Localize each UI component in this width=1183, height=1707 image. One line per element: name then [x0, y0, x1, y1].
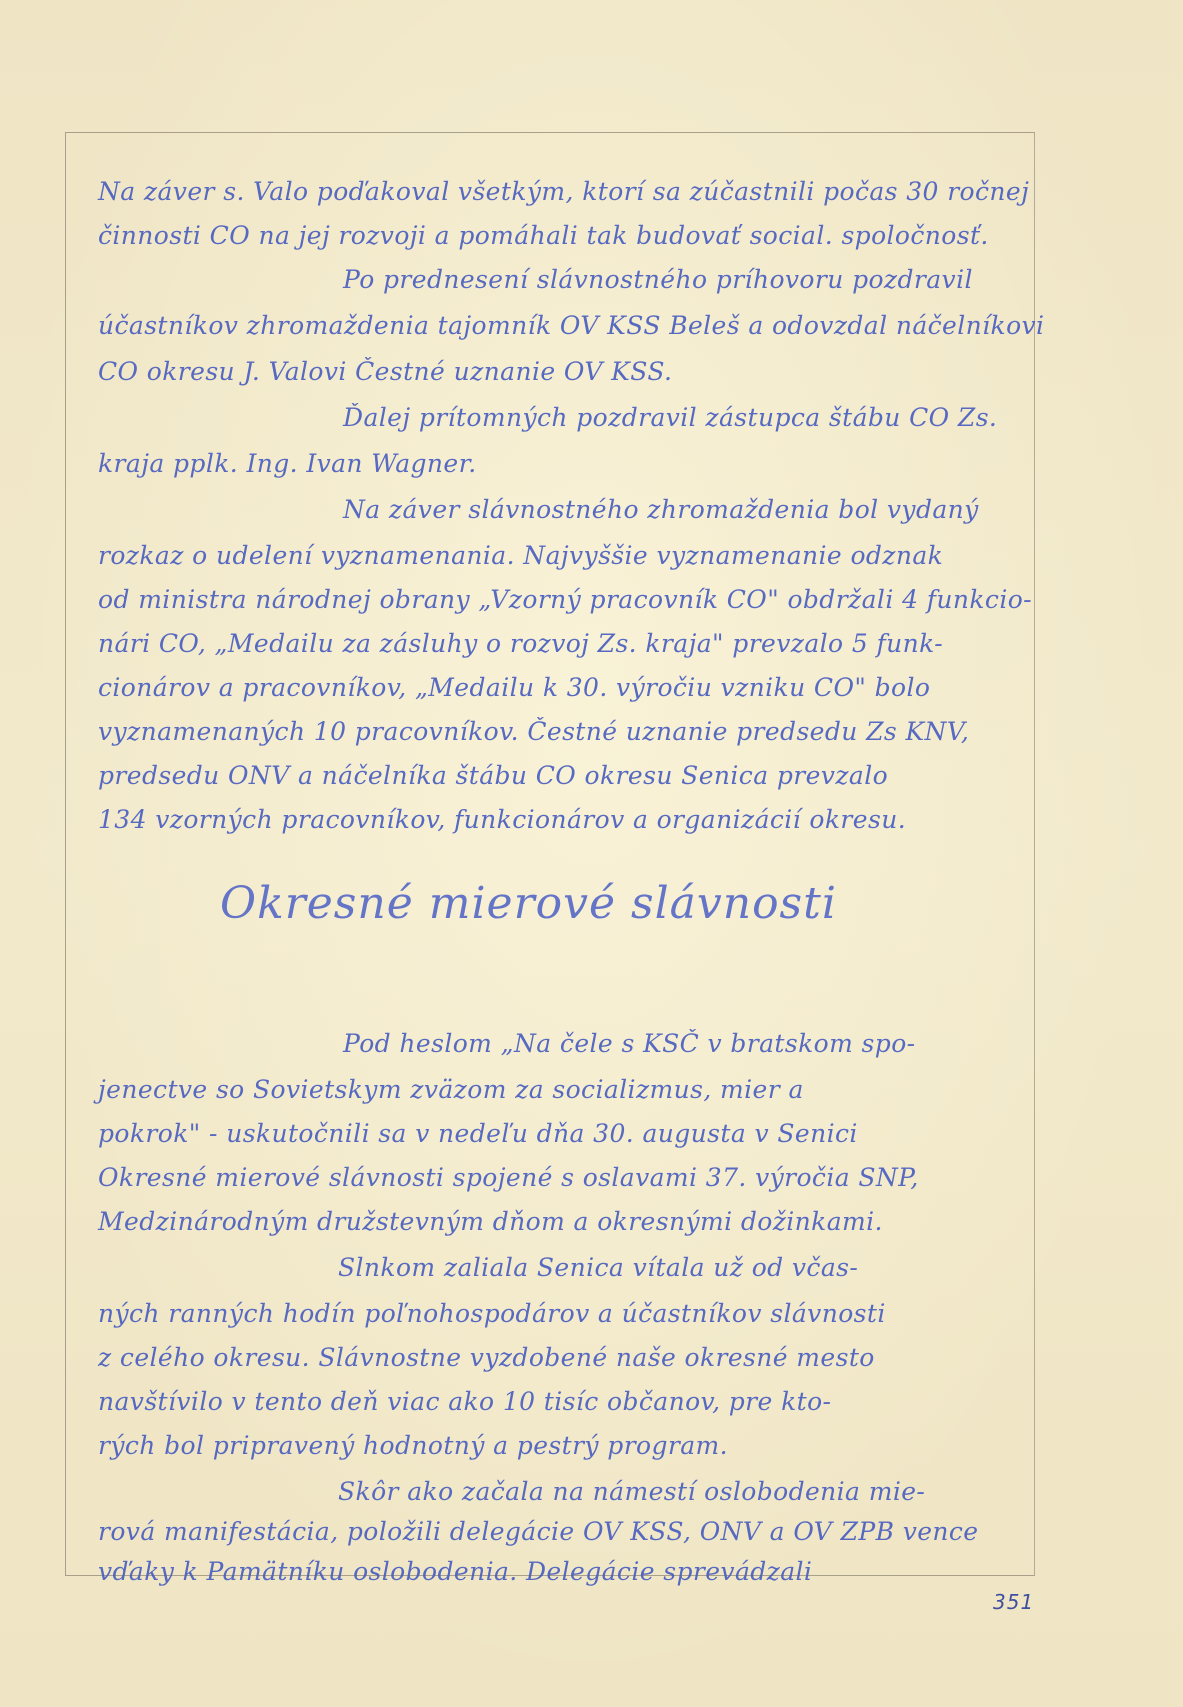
- text-line: Ďalej prítomných pozdravil zástupca štáb…: [343, 398, 997, 438]
- text-line: navštívilo v tento deň viac ako 10 tisíc…: [98, 1382, 831, 1422]
- text-line: vďaky k Pamätníku oslobodenia. Delegácie…: [98, 1552, 812, 1592]
- text-line: predsedu ONV a náčelníka štábu CO okresu…: [98, 756, 888, 796]
- text-line: Pod heslom „Na čele s KSČ v bratskom spo…: [343, 1024, 916, 1064]
- text-line: rozkaz o udelení vyznamenania. Najvyššie…: [98, 536, 943, 576]
- text-line: kraja pplk. Ing. Ivan Wagner.: [98, 444, 477, 484]
- text-line: rých bol pripravený hodnotný a pestrý pr…: [98, 1426, 728, 1466]
- text-line: Okresné mierové slávnosti spojené s osla…: [98, 1158, 919, 1198]
- text-line: účastníkov zhromaždenia tajomník OV KSS …: [98, 306, 1044, 346]
- text-line: Slnkom zaliala Senica vítala už od včas-: [338, 1248, 858, 1288]
- text-line: Na záver s. Valo poďakoval všetkým, ktor…: [98, 172, 1029, 212]
- text-line: pokrok" - uskutočnili sa v nedeľu dňa 30…: [98, 1114, 858, 1154]
- text-line: Po prednesení slávnostného príhovoru poz…: [343, 260, 973, 300]
- text-line: od ministra národnej obrany „Vzorný prac…: [98, 580, 1032, 620]
- text-line: rová manifestácia, položili delegácie OV…: [98, 1512, 979, 1552]
- text-line: z celého okresu. Slávnostne vyzdobené na…: [98, 1338, 875, 1378]
- text-line: Medzinárodným družstevným dňom a okresný…: [98, 1202, 883, 1242]
- text-line: nári CO, „Medailu za zásluhy o rozvoj Zs…: [98, 624, 943, 664]
- section-heading: Okresné mierové slávnosti: [220, 878, 837, 929]
- text-line: jenectve so Sovietskym zväzom za sociali…: [98, 1070, 804, 1110]
- text-line: Na záver slávnostného zhromaždenia bol v…: [343, 490, 979, 530]
- page-number: 351: [993, 1590, 1034, 1614]
- text-line: vyznamenaných 10 pracovníkov. Čestné uzn…: [98, 712, 969, 752]
- text-line: 134 vzorných pracovníkov, funkcionárov a…: [98, 800, 906, 840]
- text-line: činnosti CO na jej rozvoji a pomáhali ta…: [98, 216, 989, 256]
- text-line: ných ranných hodín poľnohospodárov a úča…: [98, 1294, 886, 1334]
- text-line: cionárov a pracovníkov, „Medailu k 30. v…: [98, 668, 930, 708]
- text-line: Skôr ako začala na námestí oslobodenia m…: [338, 1472, 925, 1512]
- text-line: CO okresu J. Valovi Čestné uznanie OV KS…: [98, 352, 672, 392]
